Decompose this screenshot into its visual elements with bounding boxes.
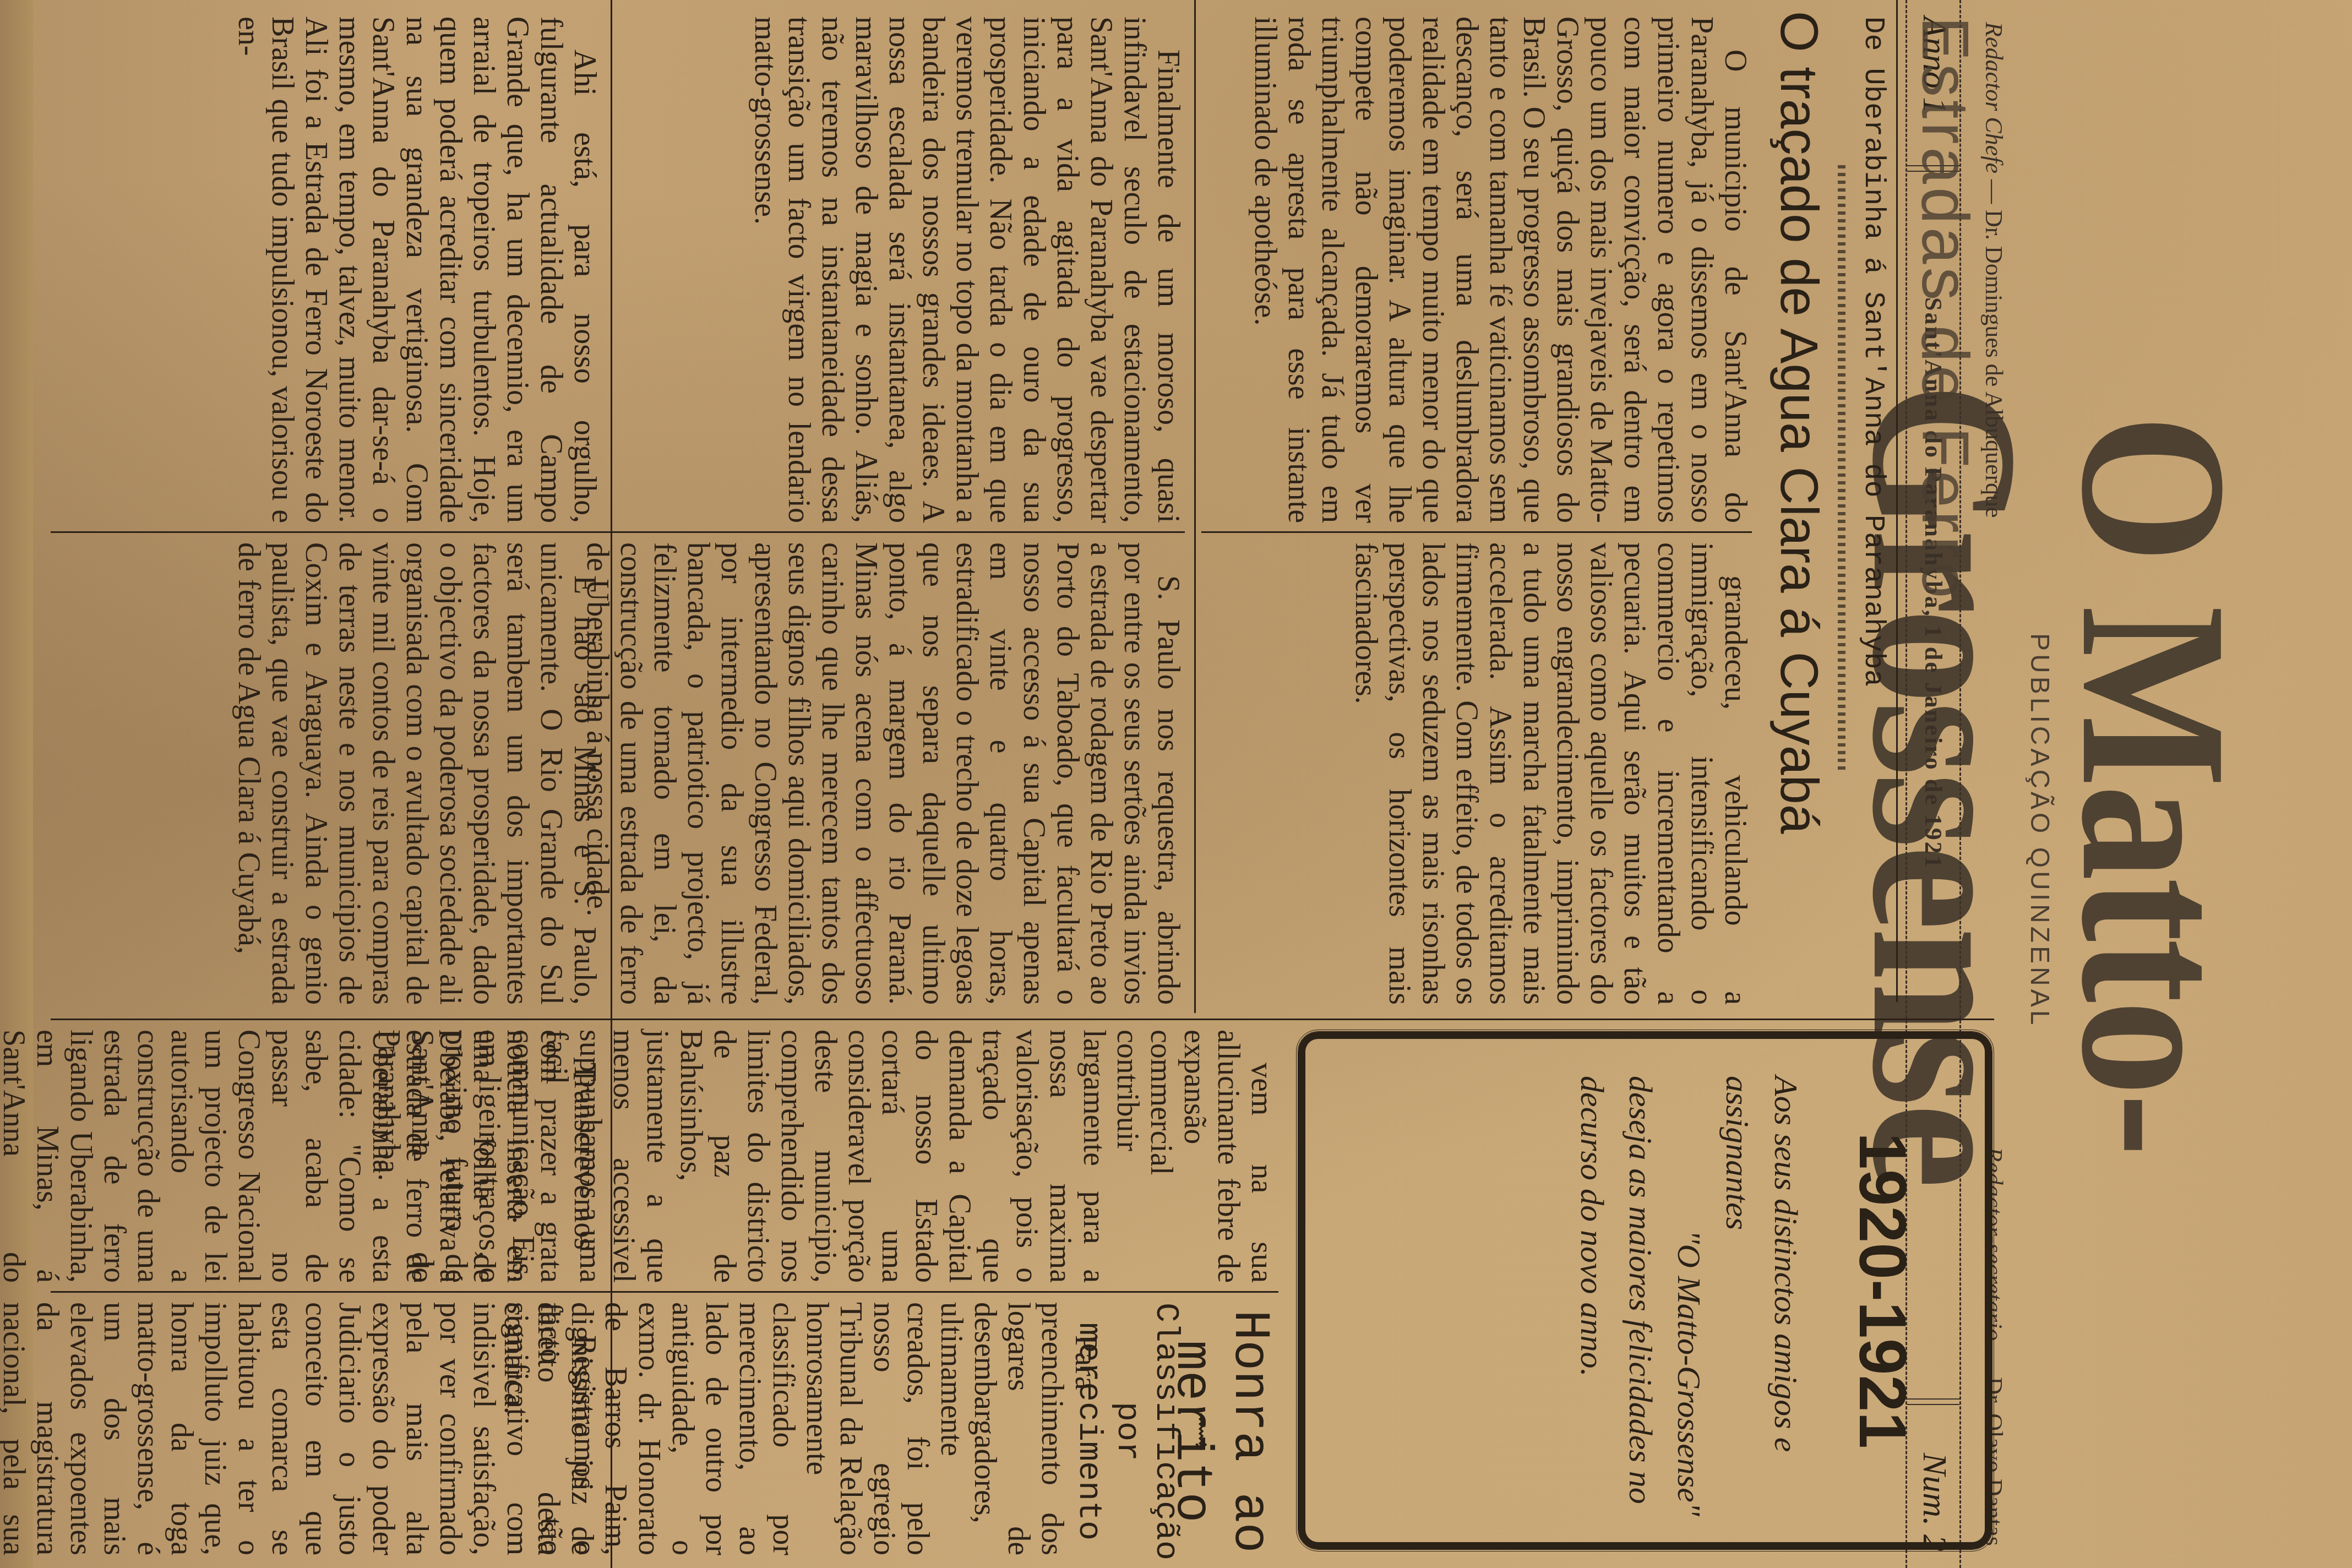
column-divider	[1201, 531, 1752, 533]
wavy-divider	[1838, 165, 1845, 771]
newspaper-page: O Matto-Grossense PUBLICAÇÃO QUINZENAL R…	[33, 0, 2352, 1568]
greeting-year: 1920-1921	[1844, 1032, 1920, 1549]
column-2-mid: S. Paulo nos requestra, abrindo por entr…	[580, 542, 1185, 1005]
column-divider	[51, 1019, 1994, 1020]
column-3-mid: Transcrevemos com prazer a grata noticia…	[0, 1030, 601, 1283]
ornament-divider: ⟿	[1196, 1332, 1218, 1531]
column-2-bottom: E não são Minas e S. Paulo, unicamente. …	[232, 542, 601, 1005]
articles-area: Estradas de Ferro De Uberabinha á Sant'A…	[34, 0, 1994, 1568]
publication-frequency: PUBLICAÇÃO QUINZENAL	[2024, 633, 2055, 1404]
article-subtitle: De Uberabinha á Sant'Anna do Paranahyba	[1857, 17, 1890, 1008]
divider	[1896, 0, 1898, 1002]
greeting-signature: "O Matto-Grossense"	[1665, 1076, 1713, 1516]
masthead: O Matto-Grossense PUBLICAÇÃO QUINZENAL R…	[1950, 0, 2258, 1568]
row-divider	[1194, 0, 1196, 1013]
greeting-text: Aos seus distinctos amigos e assignantes…	[1568, 1076, 1810, 1516]
column-2-top: grandeceu, vehiculando a immigração, int…	[1349, 542, 1752, 1005]
honra-text-2: Registramos o facto tão significativo co…	[0, 1302, 601, 1555]
article-headline: O traçado de Agua Clara á Cuyabá	[1768, 11, 1829, 1013]
column-divider	[51, 1291, 1278, 1293]
column-1-top: O municipio de Sant'Anna do Paranahyba, …	[1248, 17, 1752, 523]
new-year-greeting-box: 1920-1921 Aos seus distinctos amigos e a…	[1296, 1030, 1994, 1551]
column-divider	[51, 531, 1185, 533]
section-title: Estradas de Ferro	[1907, 17, 1983, 1008]
column-1-mid: Finalmente de um moroso, quasi infindave…	[748, 17, 1185, 523]
column-1-bottom: Ahi está, para nosso orgulho, fulgurante…	[232, 17, 601, 523]
